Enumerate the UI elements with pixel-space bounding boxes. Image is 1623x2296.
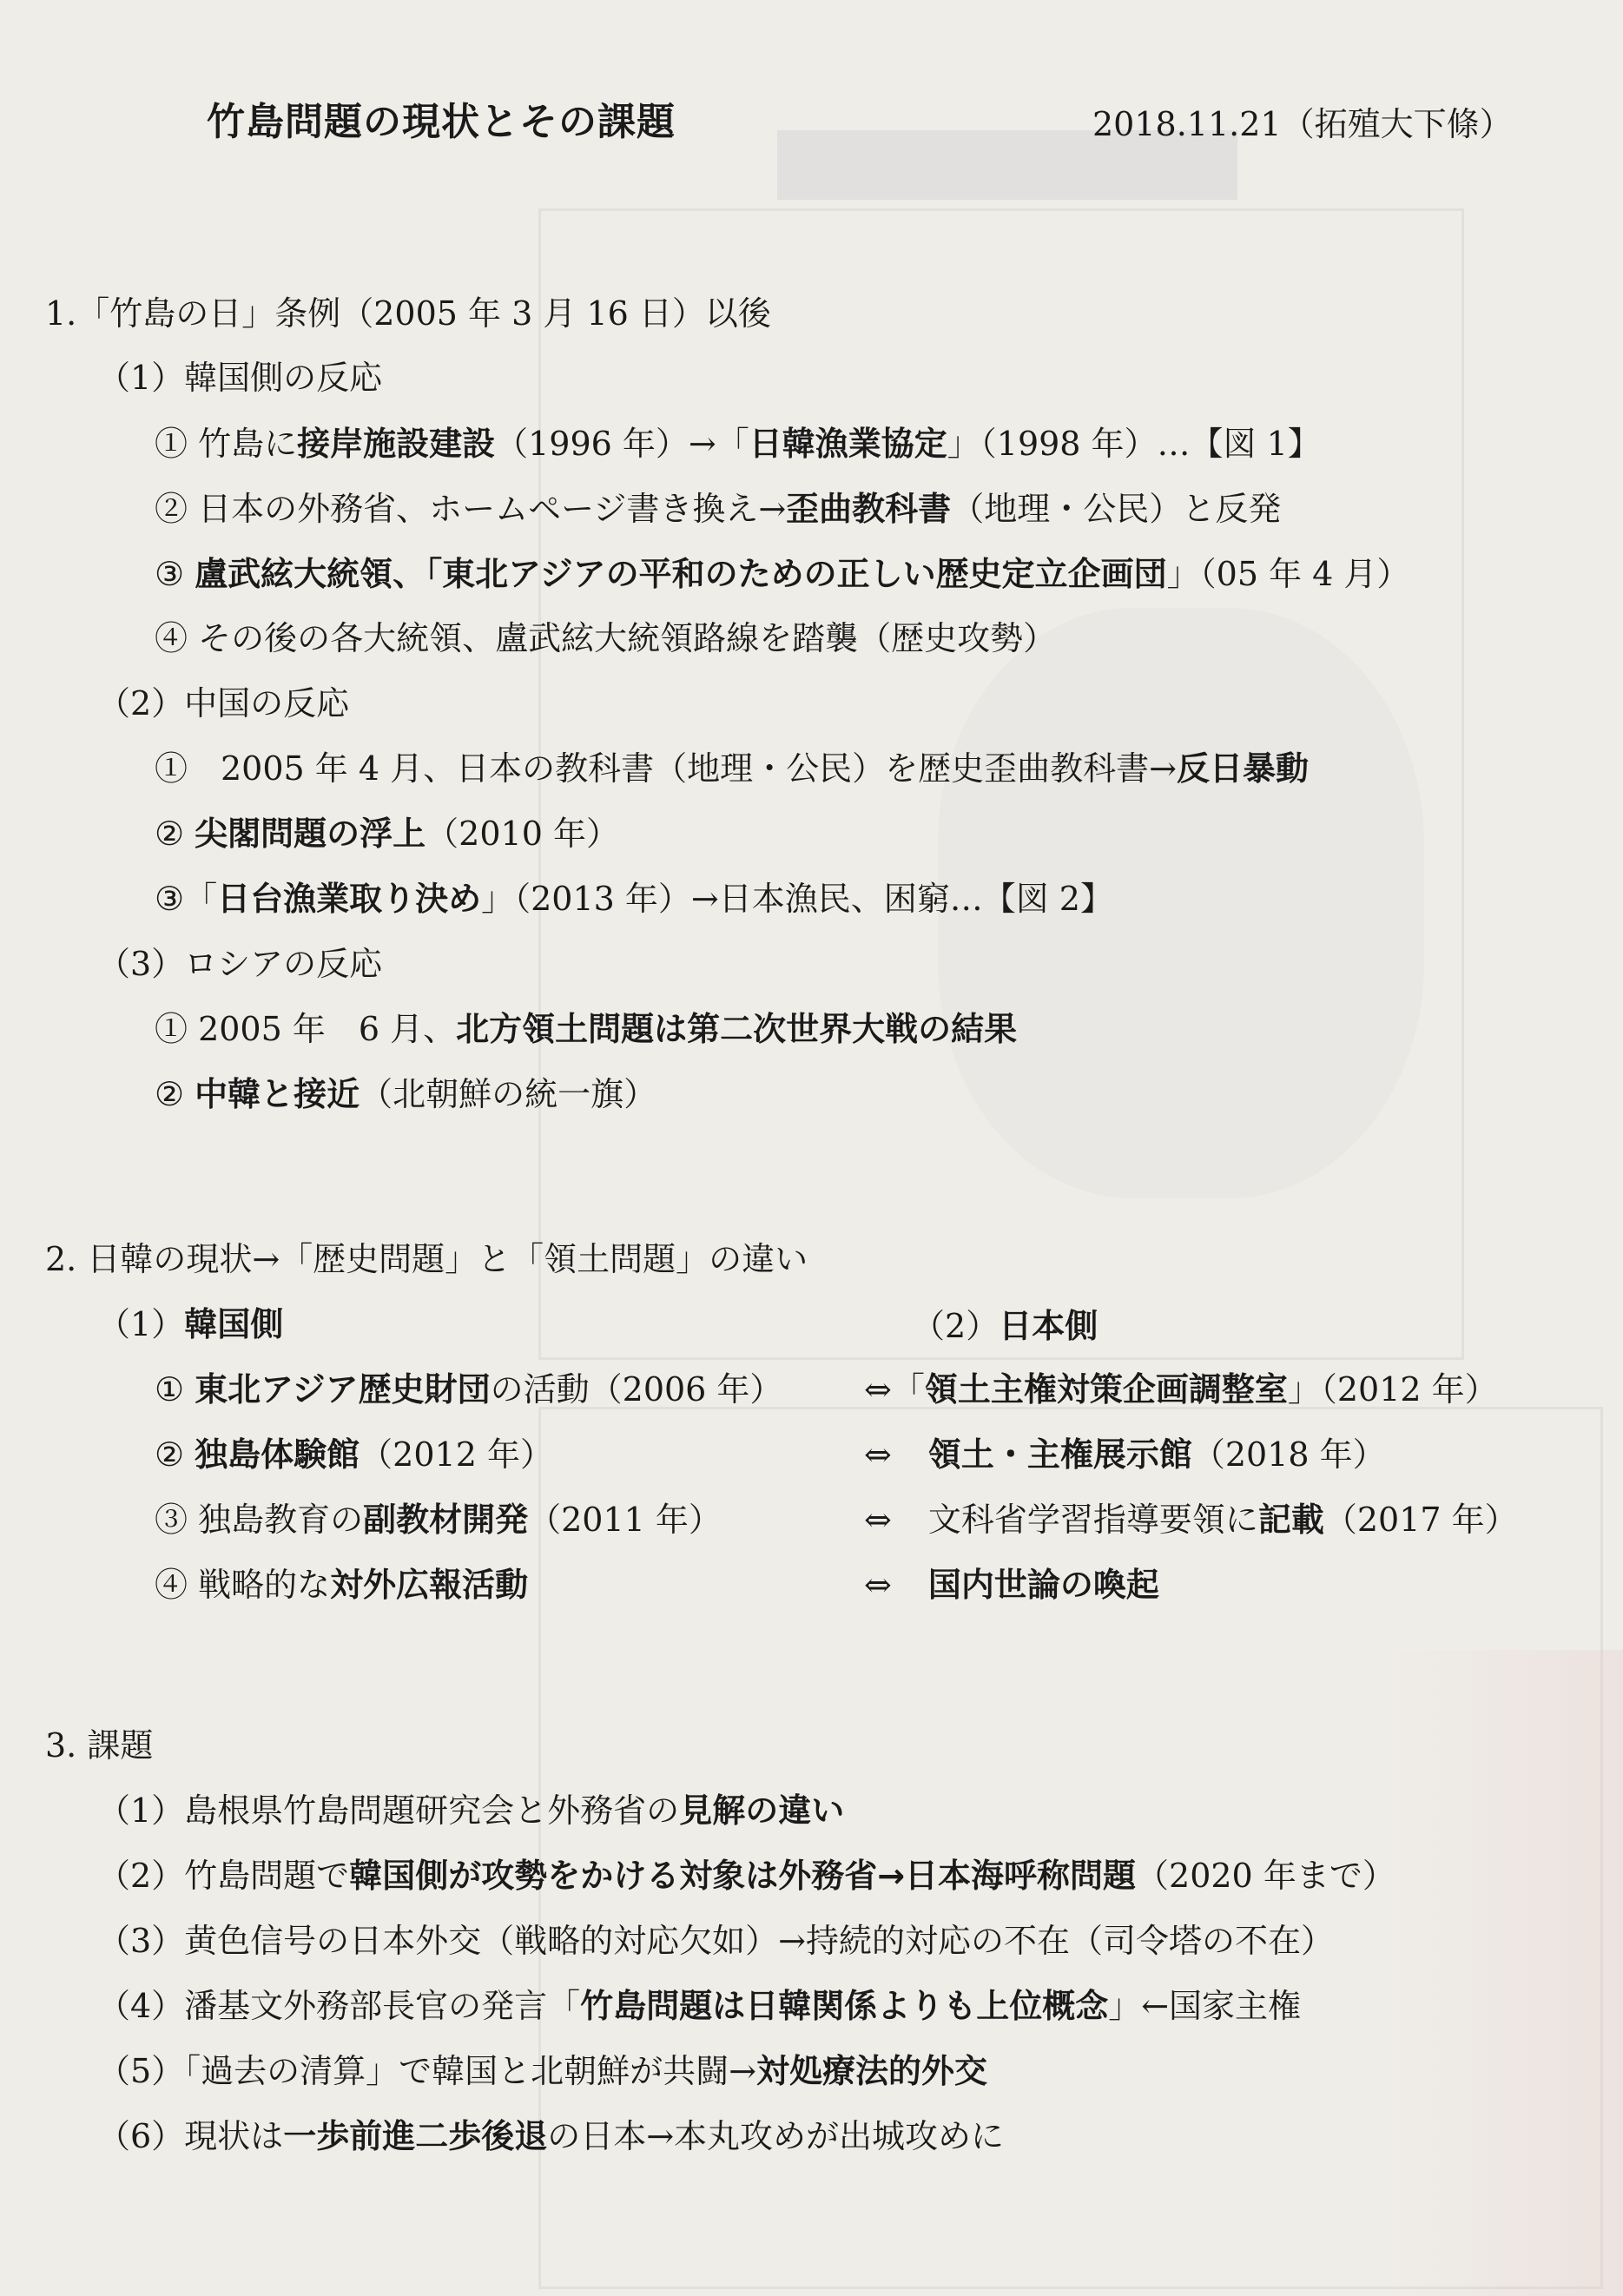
date-author: 2018.11.21（拓殖大下條）: [1092, 97, 1513, 145]
section-3-heading: 3. 課題: [45, 1724, 153, 1767]
emphasized-text: 竹島問題は日韓関係よりも上位概念: [580, 1987, 1108, 2025]
emphasized-text: 記載: [1258, 1501, 1324, 1539]
emphasized-text: 対処療法的外交: [756, 2052, 987, 2090]
text-segment: （2011 年）: [528, 1501, 722, 1539]
emphasized-text: 日韓漁業協定: [749, 425, 947, 463]
emphasized-text: 独島体験館: [195, 1435, 360, 1474]
text-segment: （2017 年）: [1324, 1501, 1518, 1539]
text-segment: 文科省学習指導要領に: [928, 1501, 1258, 1539]
text-segment: （2）: [912, 1307, 999, 1345]
text-segment: ① 2005 年 4 月、日本の教科書（地理・公民）を歴史歪曲教科書→: [155, 749, 1177, 788]
comparison-right: 「領土主権対策企画調整室」（2012 年）: [892, 1370, 1498, 1409]
comparison-left: ① 東北アジア歴史財団の活動（2006 年）: [155, 1368, 782, 1411]
emphasized-text: 反日暴動: [1177, 749, 1309, 788]
text-segment: （1996 年）→「: [495, 425, 749, 463]
text-segment: ④ 戦略的な: [155, 1566, 330, 1604]
text-segment: の日本→本丸攻めが出城攻めに: [547, 2117, 1004, 2155]
comparison-right: 文科省学習指導要領に記載（2017 年）: [928, 1501, 1518, 1539]
list-item: （5）「過去の清算」で韓国と北朝鮮が共闘→対処療法的外交: [97, 2049, 987, 2093]
text-segment: （2018 年）: [1192, 1435, 1386, 1474]
show-through-tint: [1389, 1650, 1623, 2296]
emphasized-text: 尖閣問題の浮上: [195, 815, 426, 853]
emphasized-text: 領土・主権展示館: [928, 1435, 1192, 1474]
text-segment: ② 日本の外務省、ホームページ書き換え→: [155, 490, 786, 528]
text-segment: ① 2005 年 6 月、: [155, 1010, 456, 1048]
emphasized-text: 北方領土問題は第二次世界大戦の結果: [456, 1010, 1017, 1048]
emphasized-text: 接岸施設建設: [297, 425, 495, 463]
list-item: （3）黄色信号の日本外交（戦略的対応欠如）→持続的対応の不在（司令塔の不在）: [97, 1919, 1334, 1963]
comparison-symbol: ⇔: [864, 1370, 892, 1409]
comparison-symbol: ⇔: [864, 1501, 892, 1539]
emphasized-text: 韓国側が攻勢をかける対象は外務省→日本海呼称問題: [349, 1857, 1136, 1895]
comparison-right: 領土・主権展示館（2018 年）: [928, 1435, 1386, 1474]
emphasized-text: 中韓と接近: [195, 1075, 360, 1113]
subsection-1-1-label: （1）韓国側の反応: [97, 356, 382, 399]
emphasized-text: 副教材開発: [363, 1501, 528, 1539]
text-segment: 」←国家主権: [1108, 1987, 1301, 2025]
text-segment: （5）「過去の清算」で韓国と北朝鮮が共闘→: [97, 2052, 756, 2090]
text-segment: ③: [155, 555, 195, 593]
emphasized-text: 国内世論の喚起: [928, 1566, 1159, 1604]
text-segment: ③ 独島教育の: [155, 1501, 363, 1539]
list-item: （2）竹島問題で韓国側が攻勢をかける対象は外務省→日本海呼称問題（2020 年ま…: [97, 1854, 1395, 1897]
text-segment: ②: [155, 1075, 195, 1113]
text-segment: （地理・公民）と反発: [951, 490, 1281, 528]
emphasized-text: 領土主権対策企画調整室: [925, 1370, 1288, 1409]
text-segment: （6）現状は: [97, 2117, 283, 2155]
text-segment: ②: [155, 1435, 195, 1474]
emphasized-text: 日本側: [999, 1307, 1098, 1345]
section-2-heading: 2. 日韓の現状→「歴史問題」と「領土問題」の違い: [45, 1237, 808, 1281]
comparison-left: ③ 独島教育の副教材開発（2011 年）: [155, 1498, 722, 1541]
text-segment: ③「: [155, 880, 217, 918]
text-segment: 」（2013 年）→日本漁民、困窮…【図 2】: [481, 880, 1113, 918]
list-item: （1）島根県竹島問題研究会と外務省の見解の違い: [97, 1789, 844, 1832]
list-item: （6）現状は一歩前進二歩後退の日本→本丸攻めが出城攻めに: [97, 2115, 1004, 2158]
document-title: 竹島問題の現状とその課題: [207, 90, 676, 146]
japan-side-label: （2）日本側: [912, 1304, 1098, 1348]
comparison-symbol: ⇔: [864, 1435, 892, 1474]
emphasized-text: 見解の違い: [679, 1791, 844, 1830]
comparison-row: ⇔「領土主権対策企画調整室」（2012 年）: [864, 1368, 1498, 1411]
text-segment: （2）竹島問題で: [97, 1857, 349, 1895]
comparison-row: ⇔領土・主権展示館（2018 年）: [864, 1433, 1386, 1476]
comparison-row: ⇔文科省学習指導要領に記載（2017 年）: [864, 1498, 1518, 1541]
emphasized-text: 東北アジア歴史財団: [195, 1370, 490, 1409]
text-segment: 」（2012 年）: [1288, 1370, 1498, 1409]
list-item: ② 日本の外務省、ホームページ書き換え→歪曲教科書（地理・公民）と反発: [155, 487, 1281, 531]
text-segment: 」（05 年 4 月）: [1167, 555, 1410, 593]
list-item: （4）潘基文外務部長官の発言「竹島問題は日韓関係よりも上位概念」←国家主権: [97, 1984, 1301, 2028]
text-segment: ④ その後の各大統領、盧武絃大統領路線を踏襲（歴史攻勢）: [155, 619, 1056, 657]
text-segment: （2012 年）: [360, 1435, 553, 1474]
text-segment: （3）黄色信号の日本外交（戦略的対応欠如）→持続的対応の不在（司令塔の不在）: [97, 1922, 1334, 1960]
section-1-heading: 1.「竹島の日」条例（2005 年 3 月 16 日）以後: [45, 292, 771, 335]
emphasized-text: 日台漁業取り決め: [217, 880, 481, 918]
list-item: ① 2005 年 6 月、北方領土問題は第二次世界大戦の結果: [155, 1007, 1017, 1051]
emphasized-text: 対外広報活動: [330, 1566, 528, 1604]
text-segment: （2020 年まで）: [1136, 1857, 1395, 1895]
korea-side-label: （1）韓国側: [97, 1303, 283, 1346]
list-item: ③ 盧武絃大統領、「東北アジアの平和のための正しい歴史定立企画団」（05 年 4…: [155, 552, 1409, 596]
text-segment: （北朝鮮の統一旗）: [360, 1075, 656, 1113]
subsection-1-3-label: （3）ロシアの反応: [97, 942, 382, 986]
list-item: ③「日台漁業取り決め」（2013 年）→日本漁民、困窮…【図 2】: [155, 877, 1113, 920]
emphasized-text: 盧武絃大統領、「東北アジアの平和のための正しい歴史定立企画団: [195, 555, 1166, 593]
list-item: ① 竹島に接岸施設建設（1996 年）→「日韓漁業協定」（1998 年）…【図 …: [155, 422, 1321, 465]
subsection-1-2-label: （2）中国の反応: [97, 682, 349, 725]
text-segment: ① 竹島に: [155, 425, 297, 463]
list-item: ② 尖閣問題の浮上（2010 年）: [155, 812, 619, 855]
text-segment: （1）: [97, 1305, 184, 1343]
text-segment: の活動（2006 年）: [491, 1370, 783, 1409]
comparison-right: 国内世論の喚起: [928, 1566, 1159, 1604]
emphasized-text: 一歩前進二歩後退: [283, 2117, 547, 2155]
emphasized-text: 歪曲教科書: [786, 490, 951, 528]
text-segment: （1）島根県竹島問題研究会と外務省の: [97, 1791, 679, 1830]
comparison-left: ② 独島体験館（2012 年）: [155, 1433, 553, 1476]
comparison-symbol: ⇔: [864, 1566, 892, 1604]
text-segment: ①: [155, 1370, 195, 1409]
comparison-left: ④ 戦略的な対外広報活動: [155, 1563, 528, 1607]
list-item: ② 中韓と接近（北朝鮮の統一旗）: [155, 1072, 656, 1116]
emphasized-text: 韓国側: [184, 1305, 283, 1343]
list-item: ④ その後の各大統領、盧武絃大統領路線を踏襲（歴史攻勢）: [155, 617, 1056, 660]
text-segment: ②: [155, 815, 195, 853]
text-segment: 「: [892, 1370, 925, 1409]
list-item: ① 2005 年 4 月、日本の教科書（地理・公民）を歴史歪曲教科書→反日暴動: [155, 747, 1309, 790]
comparison-row: ⇔国内世論の喚起: [864, 1563, 1159, 1607]
text-segment: 」（1998 年）…【図 1】: [947, 425, 1321, 463]
text-segment: （4）潘基文外務部長官の発言「: [97, 1987, 580, 2025]
text-segment: （2010 年）: [426, 815, 619, 853]
